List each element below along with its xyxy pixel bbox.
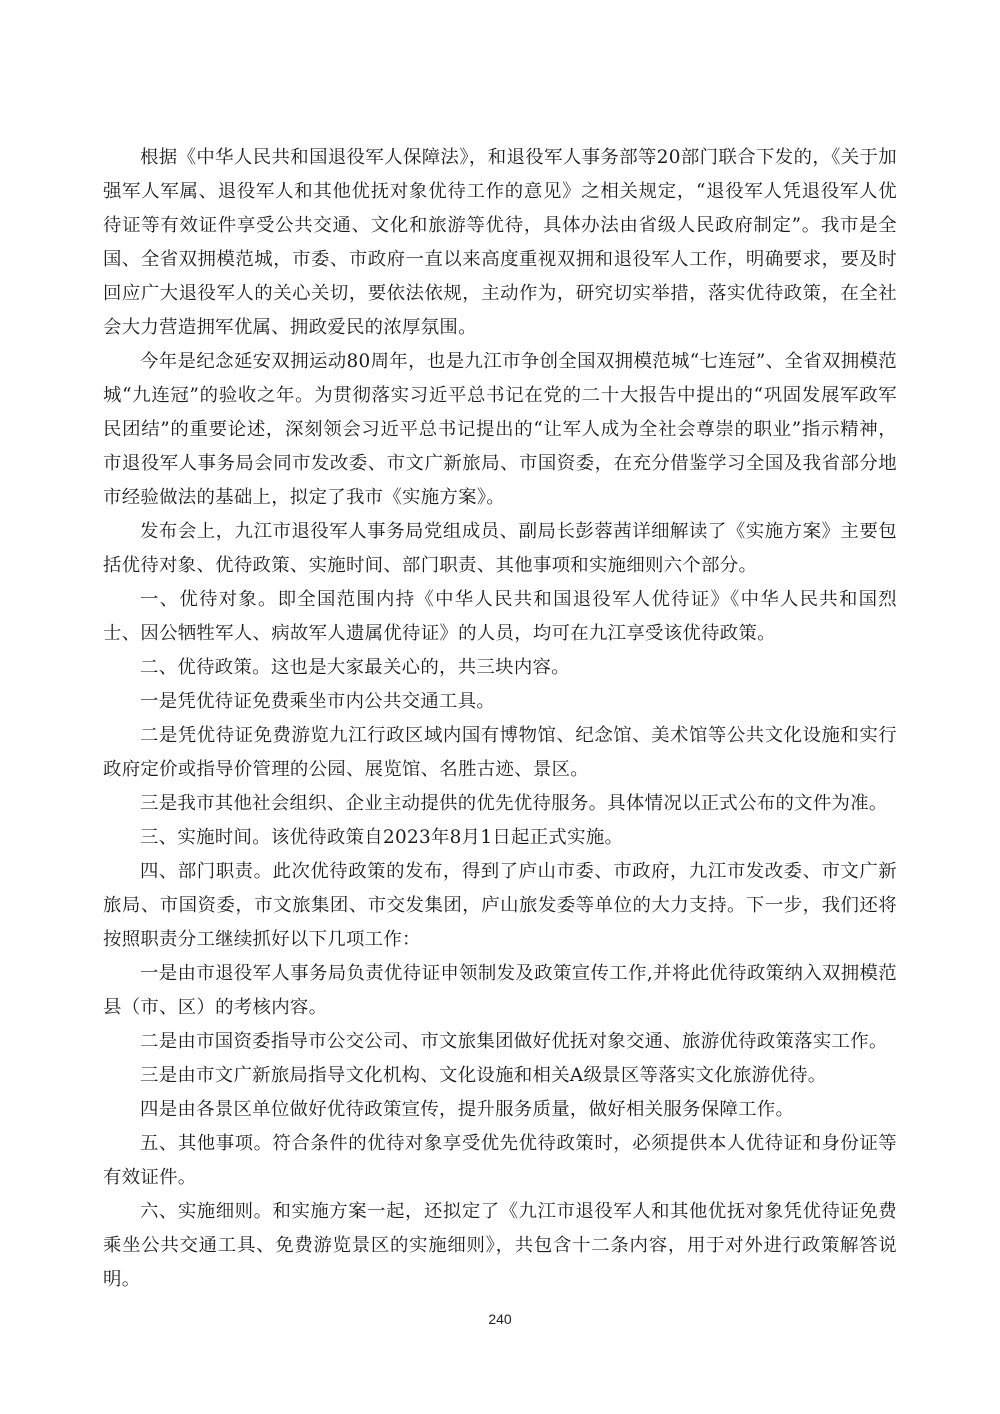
paragraph-policy-overview: 二、优待政策。这也是大家最关心的，共三块内容。 (103, 651, 897, 685)
paragraph-eligible-recipients: 一、优待对象。即全国范围内持《中华人民共和国退役军人优待证》《中华人民共和国烈士… (103, 583, 897, 651)
document-body: 根据《中华人民共和国退役军人保障法》，和退役军人事务部等20部门联合下发的，《关… (103, 141, 897, 1297)
paragraph-department-duties: 四、部门职责。此次优待政策的发布，得到了庐山市委、市政府，九江市发改委、市文广新… (103, 855, 897, 957)
paragraph-duty-sasac: 二是由市国资委指导市公交公司、市文旅集团做好优抚对象交通、旅游优待政策落实工作。 (103, 1025, 897, 1059)
paragraph-policy-other: 三是我市其他社会组织、企业主动提供的优先优待服务。具体情况以正式公布的文件为准。 (103, 787, 897, 821)
paragraph-legal-basis: 根据《中华人民共和国退役军人保障法》，和退役军人事务部等20部门联合下发的，《关… (103, 141, 897, 345)
paragraph-policy-culture: 二是凭优待证免费游览九江行政区域内国有博物馆、纪念馆、美术馆等公共文化设施和实行… (103, 719, 897, 787)
paragraph-implementation-rules: 六、实施细则。和实施方案一起，还拟定了《九江市退役军人和其他优抚对象凭优待证免费… (103, 1195, 897, 1297)
paragraph-background: 今年是纪念延安双拥运动80周年，也是九江市争创全国双拥模范城“七连冠”、全省双拥… (103, 345, 897, 515)
paragraph-duty-culture-bureau: 三是由市文广新旅局指导文化机构、文化设施和相关A级景区等落实文化旅游优待。 (103, 1059, 897, 1093)
paragraph-press-conference: 发布会上，九江市退役军人事务局党组成员、副局长彭蓉茜详细解读了《实施方案》主要包… (103, 515, 897, 583)
paragraph-duty-veterans-bureau: 一是由市退役军人事务局负责优待证申领制发及政策宣传工作,并将此优待政策纳入双拥模… (103, 957, 897, 1025)
page-number: 240 (0, 1311, 1000, 1327)
paragraph-duty-scenic-areas: 四是由各景区单位做好优待政策宣传，提升服务质量，做好相关服务保障工作。 (103, 1093, 897, 1127)
paragraph-effective-date: 三、实施时间。该优待政策自2023年8月1日起正式实施。 (103, 821, 897, 855)
paragraph-other-matters: 五、其他事项。符合条件的优待对象享受优先优待政策时，必须提供本人优待证和身份证等… (103, 1127, 897, 1195)
paragraph-policy-transport: 一是凭优待证免费乘坐市内公共交通工具。 (103, 685, 897, 719)
